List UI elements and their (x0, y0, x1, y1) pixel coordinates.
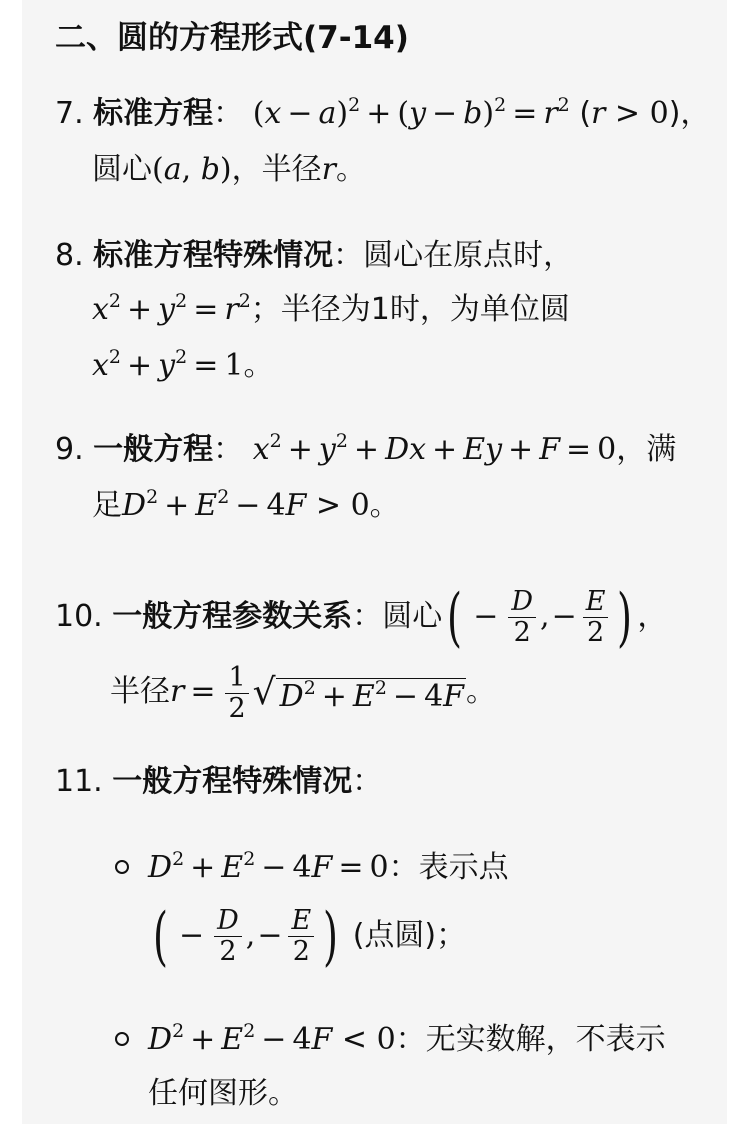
period: 。 (466, 674, 496, 709)
bullet-1-line-1: D2+E2−4F=0：表示点 (148, 848, 509, 888)
item-number: 10. (55, 599, 103, 634)
bullet-note: (点圆)； (353, 918, 466, 953)
bullet-text: ：表示点 (389, 850, 509, 885)
bullet-text: 任何图形。 (148, 1076, 298, 1111)
period: 。 (370, 488, 400, 523)
bullet-circle-icon (115, 860, 129, 874)
colon: ： (213, 432, 243, 467)
formula-condition-negative: D2+E2−4F < 0 (148, 1022, 396, 1057)
item-10-line-1: 10. 一般方程参数关系：圆心(−D2,−E2)， (55, 585, 667, 650)
formula-origin-circle: x2+y2=r2 (92, 292, 251, 327)
item-title: 标准方程特殊情况 (93, 238, 333, 273)
item-10-line-2: 半径r=12√D2+E2−4F。 (110, 660, 496, 724)
item-11-line-1: 11. 一般方程特殊情况： (55, 762, 382, 802)
item-9-line-1: 9. 一般方程： x2+y2+Dx+Ey+F=0，满 (55, 430, 676, 470)
item-text: ，满 (616, 432, 676, 467)
formula-condition-zero: D2+E2−4F=0 (148, 850, 389, 885)
formula-unit-circle: x2+y2=1 (92, 348, 243, 383)
formula-general-equation: x2+y2+Dx+Ey+F=0 (253, 432, 617, 467)
item-text: ；半径为1时，为单位圆 (251, 292, 570, 327)
period: 。 (336, 152, 366, 187)
radius-formula: r=12√D2+E2−4F (170, 674, 466, 709)
center-label: 圆心 (92, 152, 152, 187)
section-heading: 二、圆的方程形式(7-14) (55, 12, 409, 57)
item-8-line-3: x2+y2=1。 (92, 346, 273, 386)
item-8-line-2: x2+y2=r2；半径为1时，为单位圆 (92, 290, 570, 330)
item-number: 11. (55, 764, 103, 799)
item-text: 足 (92, 488, 122, 523)
item-number: 7. (55, 96, 84, 131)
bullet-1-line-2: (−D2,−E2) (点圆)； (148, 904, 466, 969)
colon: ： (333, 238, 363, 273)
comma: ， (637, 599, 667, 634)
item-title: 一般方程 (93, 432, 213, 467)
item-number: 8. (55, 238, 84, 273)
item-title: 一般方程特殊情况 (112, 764, 352, 799)
period: 。 (243, 348, 273, 383)
point-formula: (−D2,−E2) (148, 918, 343, 953)
colon: ： (352, 764, 382, 799)
center-formula: (−D2,−E2) (442, 599, 637, 634)
radius-label: ，半径 (232, 152, 322, 187)
bullet-2-line-2: 任何图形。 (148, 1074, 298, 1114)
colon: ： (352, 599, 382, 634)
item-title: 一般方程参数关系 (112, 599, 352, 634)
item-9-line-2: 足D2+E2−4F > 0。 (92, 486, 400, 526)
item-8-line-1: 8. 标准方程特殊情况：圆心在原点时， (55, 236, 573, 276)
item-7-line-1: 7. 标准方程： (x−a)2+(y−b)2=r2 (r > 0)， (55, 94, 710, 134)
formula-standard-equation: (x−a)2+(y−b)2=r2 (r > 0) (253, 96, 681, 131)
bullet-2-line-1: D2+E2−4F < 0：无实数解，不表示 (148, 1020, 666, 1060)
bullet-text: ：无实数解，不表示 (396, 1022, 666, 1057)
center-value: (a, b) (152, 152, 232, 187)
radius-label: 半径 (110, 674, 170, 709)
item-text: 圆心在原点时， (363, 238, 573, 273)
radius-value: r (322, 152, 336, 187)
item-number: 9. (55, 432, 84, 467)
item-title: 标准方程 (93, 96, 213, 131)
bullet-circle-icon (115, 1032, 129, 1046)
center-label: 圆心 (382, 599, 442, 634)
colon: ： (213, 96, 243, 131)
formula-condition: D2+E2−4F > 0 (122, 488, 370, 523)
item-7-line-2: 圆心(a, b)，半径r。 (92, 150, 366, 190)
